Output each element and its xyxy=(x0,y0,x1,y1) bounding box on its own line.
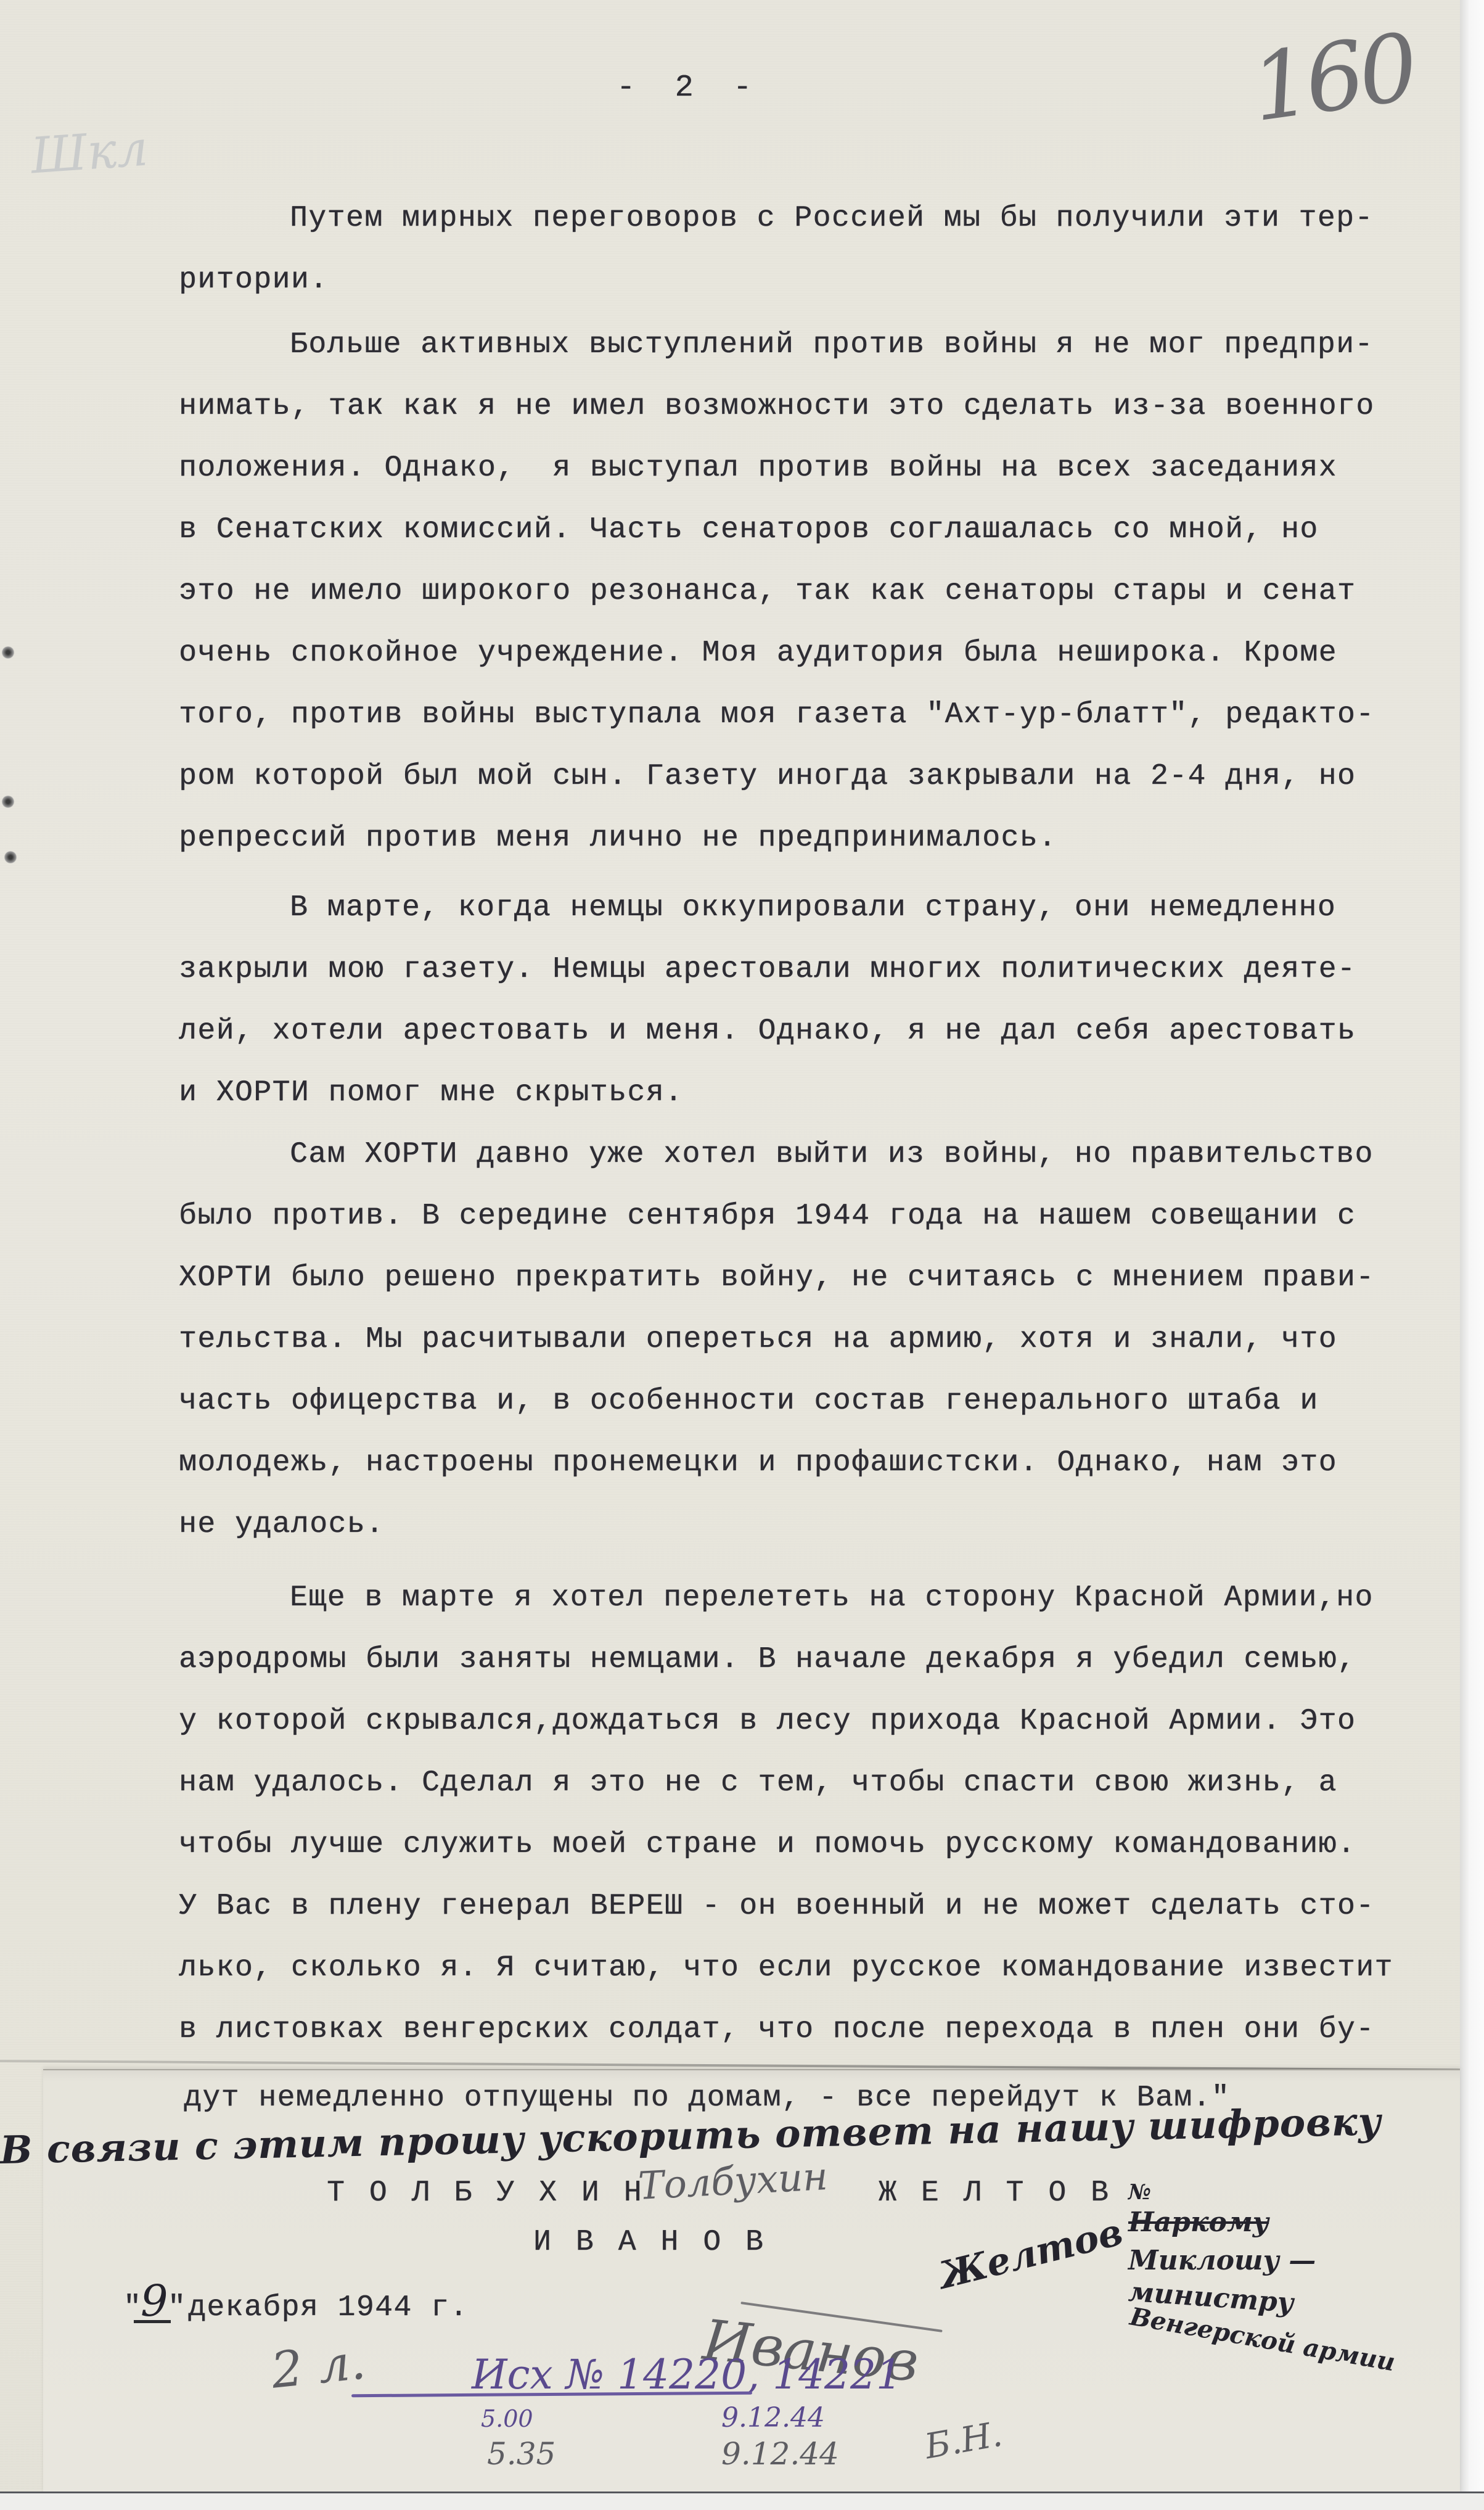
body-line: это не имело широкого резонанса, так как… xyxy=(179,577,1356,606)
body-line: нимать, так как я не имел возможности эт… xyxy=(179,392,1375,421)
right-note-line-1: № xyxy=(1128,2180,1151,2205)
page-number: - 2 - xyxy=(617,73,753,104)
body-line: в Сенатских комиссий. Часть сенаторов со… xyxy=(179,515,1319,545)
body-line: и ХОРТИ помог мне скрыться. xyxy=(179,1078,683,1108)
body-line: Сам ХОРТИ давно уже хотел выйти из войны… xyxy=(290,1140,1374,1169)
signatory-tolbukhin: ТОЛБУХИН xyxy=(327,2178,666,2208)
scan-background-strip xyxy=(1460,0,1484,2510)
body-line: у которой скрывался,дождаться в лесу при… xyxy=(179,1706,1356,1736)
body-line: часть офицерства и, в особенности состав… xyxy=(179,1386,1319,1416)
scan-background-bottom xyxy=(0,2491,1484,2510)
body-line: Еще в марте я хотел перелететь на сторон… xyxy=(290,1583,1374,1613)
body-line: очень спокойное учреждение. Моя аудитори… xyxy=(179,638,1337,668)
body-line: чтобы лучше служить моей стране и помочь… xyxy=(179,1830,1356,1859)
folio-number: 160 xyxy=(1245,14,1420,143)
body-line: было против. В середине сентября 1944 го… xyxy=(179,1201,1356,1231)
body-line: репрессий против меня лично не предприни… xyxy=(179,823,1057,853)
date-sent: 9.12.44 xyxy=(721,2402,825,2434)
outgoing-number: Исх № 14220, 14221 xyxy=(472,2351,902,2398)
time-received: 5.35 xyxy=(487,2436,555,2472)
body-line: молодежь, настроены пронемецки и профаши… xyxy=(179,1448,1337,1478)
body-line: В марте, когда немцы оккупировали страну… xyxy=(290,893,1336,923)
time-sent: 5.00 xyxy=(481,2405,533,2432)
body-line: не удалось. xyxy=(179,1510,384,1539)
body-line: тельства. Мы расчитывали опереться на ар… xyxy=(179,1325,1337,1354)
body-line: Путем мирных переговоров с Россией мы бы… xyxy=(290,204,1374,233)
signatory-zheltov: ЖЕЛТОВ xyxy=(879,2178,1133,2208)
date-day: 9 xyxy=(141,2276,168,2326)
faint-pencil-note: Шкл xyxy=(29,119,150,184)
body-line: в листовках венгерских солдат, что после… xyxy=(179,2015,1375,2044)
binding-hole-icon xyxy=(1,796,15,808)
right-note-line-3: Миклошу — xyxy=(1128,2245,1316,2276)
body-line: ритории. xyxy=(179,265,328,295)
signatory-ivanov: ИВАНОВ xyxy=(533,2228,788,2257)
date-quote-open: " xyxy=(123,2293,142,2323)
body-line: ром которой был мой сын. Газету иногда з… xyxy=(179,762,1356,791)
right-note-line-2: Наркому xyxy=(1128,2207,1269,2238)
body-line: того, против войны выступала моя газета … xyxy=(179,700,1375,730)
body-line: У Вас в плену генерал ВЕРЕШ - он военный… xyxy=(179,1891,1375,1921)
body-line: нам удалось. Сделал я это не с тем, чтоб… xyxy=(179,1768,1337,1798)
binding-hole-icon xyxy=(1,646,15,659)
date-quote-close: " xyxy=(168,2293,186,2323)
body-line: ХОРТИ было решено прекратить войну, не с… xyxy=(179,1263,1375,1293)
body-line: аэродромы были заняты немцами. В начале … xyxy=(179,1645,1356,1674)
body-line: лей, хотели арестовать и меня. Однако, я… xyxy=(179,1016,1356,1046)
body-line: положения. Однако, я выступал против вой… xyxy=(179,453,1337,483)
date-received: 9.12.44 xyxy=(721,2436,839,2472)
date-text: декабря 1944 г. xyxy=(188,2293,469,2323)
body-line: закрыли мою газету. Немцы арестовали мно… xyxy=(179,955,1356,984)
body-line: Больше активных выступлений против войны… xyxy=(290,330,1374,360)
binding-hole-icon xyxy=(4,851,17,863)
body-line: лько, сколько я. Я считаю, что если русс… xyxy=(179,1953,1393,1983)
date-underline xyxy=(134,2320,171,2323)
page-count-note: 2 л. xyxy=(269,2332,369,2399)
